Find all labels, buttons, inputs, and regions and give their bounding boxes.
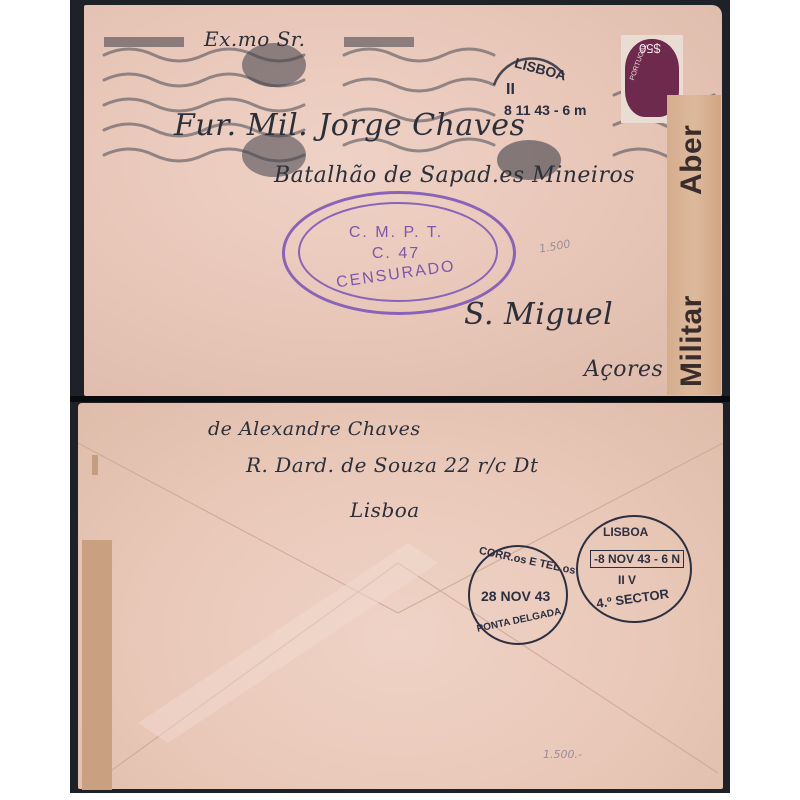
address-line-archipelago: Açores bbox=[584, 357, 663, 382]
envelope-back: de Alexandre Chaves R. Dard. de Souza 22… bbox=[78, 403, 723, 789]
sender-line-city: Lisboa bbox=[350, 498, 420, 522]
pencil-price-note-front: 1.500 bbox=[538, 237, 571, 255]
envelope-front: LISBOA II 8 11 43 - 6 m $50 PORTUGAL Ex.… bbox=[84, 5, 722, 396]
pencil-price-note-back: 1.500.- bbox=[543, 748, 582, 761]
postmark-transit-top: LISBOA bbox=[603, 525, 648, 539]
machine-cancel-code: II bbox=[506, 81, 515, 99]
address-line-unit: Batalhão de Sapad.es Mineiros bbox=[274, 163, 635, 188]
censor-tape-back-remnant bbox=[82, 540, 112, 790]
censor-stamp-line1: C. M. P. T. bbox=[334, 224, 458, 242]
address-line-island: S. Miguel bbox=[464, 297, 613, 332]
censor-tape-text-top: Aber bbox=[675, 125, 709, 195]
postmark-arrival-date: 28 NOV 43 bbox=[481, 588, 550, 604]
censor-tape: Aber Militar bbox=[667, 95, 721, 395]
address-line-recipient: Fur. Mil. Jorge Chaves bbox=[174, 108, 525, 143]
stamp-country: PORTUGAL bbox=[629, 43, 649, 81]
address-line-salutation: Ex.mo Sr. bbox=[204, 27, 306, 51]
sender-line-name: de Alexandre Chaves bbox=[208, 418, 421, 440]
tape-stain bbox=[92, 455, 98, 475]
censor-tape-text-bottom: Militar bbox=[675, 295, 709, 387]
postmark-transit-code: II V bbox=[618, 573, 636, 587]
sender-line-street: R. Dard. de Souza 22 r/c Dt bbox=[246, 453, 538, 477]
image-divider bbox=[70, 396, 730, 402]
postmark-transit-date: -8 NOV 43 - 6 N bbox=[590, 550, 684, 568]
